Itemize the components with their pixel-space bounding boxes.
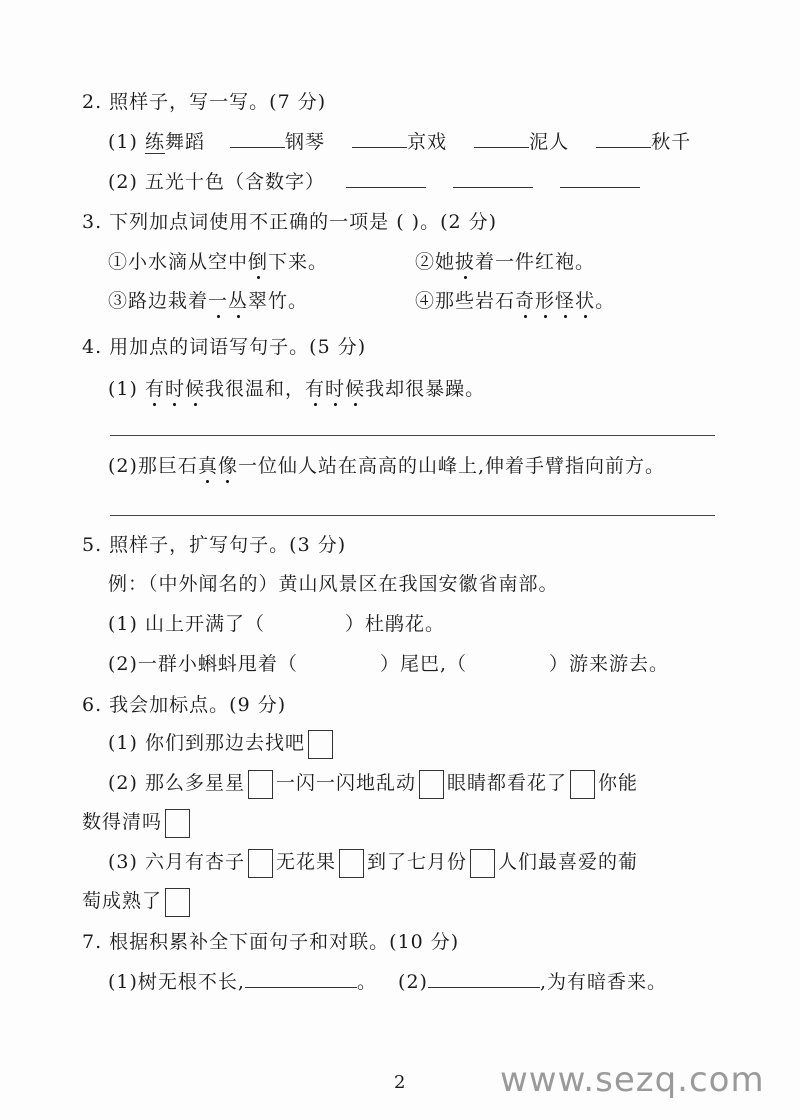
q6-sentence-2: (2) 那么多星星一闪一闪地乱动眼睛都看花了你能 [108, 769, 638, 799]
q2-part2: (2) 五光十色（含数字） [108, 168, 640, 196]
q5-title: 5. 照样子，扩写句子。(3 分) [82, 531, 346, 559]
q3-option-3: ③路边栽着一丛翠竹。 [108, 287, 308, 315]
dotted-word: 有时候 [145, 378, 205, 400]
answer-blank[interactable] [346, 169, 426, 188]
answer-blank[interactable] [428, 969, 540, 988]
q4-s1-label: (1) [108, 378, 138, 400]
sentence-text: 我却很暴躁。 [365, 378, 485, 400]
option-text: 。 [595, 290, 615, 312]
sentence-text: 无花果 [276, 851, 336, 873]
q2-part1: (1) 练舞蹈 钢琴 京戏 泥人 秋千 [108, 128, 691, 156]
q2-part2-label: (2) [108, 171, 138, 193]
dotted-word: 倒 [248, 251, 268, 273]
sentence-text: 到了七月份 [367, 851, 467, 873]
q4-s2-label: (2) [108, 455, 138, 477]
q6-title: 6. 我会加标点。(9 分) [82, 691, 286, 719]
answer-blank[interactable] [453, 169, 533, 188]
q7-s1-label: (1) [108, 971, 138, 993]
q4-sentence-2: (2)那巨石真像一位仙人站在高高的山峰上,伸着手臂指向前方。 [108, 452, 665, 480]
sentence-text: ）杜鹃花。 [345, 613, 445, 635]
q7-sentences: (1)树无根不长,。 (2),为有暗香来。 [108, 968, 667, 996]
dotted-word: 奇形怪状 [515, 290, 595, 312]
sentence-text: 你能 [598, 772, 638, 794]
dotted-word: 有时候 [305, 378, 365, 400]
q2-item: 泥人 [529, 131, 569, 153]
sentence-text: 一群小蝌蚪甩着（ [138, 653, 298, 675]
sentence-text: ,为有暗香来。 [540, 971, 667, 993]
sentence-text: 六月有杏子 [145, 851, 245, 873]
sentence-text: ）尾巴,（ [380, 653, 467, 675]
q2-example-underlined: 练 [145, 131, 165, 154]
q6-s3-label: (3) [108, 851, 138, 873]
sentence-text: 数得清吗 [82, 811, 162, 833]
sentence-text: ）游来游去。 [549, 653, 669, 675]
dotted-word: 披 [455, 251, 475, 273]
answer-blank[interactable] [560, 169, 640, 188]
q5-s2-label: (2) [108, 653, 138, 675]
q7-title: 7. 根据积累补全下面句子和对联。(10 分) [82, 928, 459, 956]
q2-part1-label: (1) [108, 131, 138, 153]
sentence-text: 一闪一闪地乱动 [276, 772, 416, 794]
punctuation-box[interactable] [248, 849, 273, 878]
q5-sentence-1: (1) 山上开满了（）杜鹃花。 [108, 610, 445, 638]
sentence-text: 你们到那边去找吧 [145, 732, 305, 754]
option-text: ③路边栽着 [108, 290, 208, 312]
q6-sentence-2-cont: 数得清吗 [82, 808, 193, 838]
q2-part2-text: 五光十色（含数字） [145, 171, 325, 193]
sentence-text: 萄成熟了 [82, 890, 162, 912]
q3-option-2: ②她披着一件红袍。 [415, 248, 595, 276]
q4-sentence-1: (1) 有时候我很温和，有时候我却很暴躁。 [108, 375, 485, 403]
q3-option-1: ①小水滴从空中倒下来。 [108, 248, 328, 276]
q6-s1-label: (1) [108, 732, 138, 754]
option-text: ①小水滴从空中 [108, 251, 248, 273]
page-number: 2 [394, 1072, 405, 1093]
sentence-text: 。 [357, 971, 377, 993]
q3-option-4: ④那些岩石奇形怪状。 [415, 287, 615, 315]
q2-item: 钢琴 [285, 131, 325, 153]
sentence-text: 我很温和， [205, 378, 305, 400]
sentence-text: 树无根不长, [138, 971, 245, 993]
q6-sentence-1: (1) 你们到那边去找吧 [108, 729, 336, 759]
sentence-text: 人们最喜爱的葡 [498, 851, 638, 873]
q5-s1-label: (1) [108, 613, 138, 635]
q2-item: 秋千 [651, 131, 691, 153]
answer-blank[interactable] [245, 969, 357, 988]
sentence-text: 那么多星星 [145, 772, 245, 794]
sentence-text: 那巨石 [138, 455, 198, 477]
answer-line[interactable] [110, 515, 715, 516]
option-text: 翠竹。 [248, 290, 308, 312]
q6-sentence-3: (3) 六月有杏子无花果到了七月份人们最喜爱的葡 [108, 848, 638, 878]
answer-blank[interactable] [596, 129, 651, 148]
dotted-word: 一丛 [208, 290, 248, 312]
punctuation-box[interactable] [470, 849, 495, 878]
q4-title: 4. 用加点的词语写句子。(5 分) [82, 333, 366, 361]
answer-blank[interactable] [474, 129, 529, 148]
q2-title: 2. 照样子，写一写。(7 分) [82, 88, 326, 116]
sentence-text: 一位仙人站在高高的山峰上,伸着手臂指向前方。 [238, 455, 665, 477]
sentence-text: 山上开满了（ [145, 613, 265, 635]
q3-title: 3. 下列加点词使用不正确的一项是 ( )。(2 分) [82, 208, 497, 236]
punctuation-box[interactable] [570, 770, 595, 799]
dotted-word: 真像 [198, 455, 238, 477]
q2-item: 京戏 [407, 131, 447, 153]
option-text: ②她 [415, 251, 455, 273]
option-text: 下来。 [268, 251, 328, 273]
answer-blank[interactable] [352, 129, 407, 148]
q5-example: 例：（中外闻名的）黄山风景区在我国安徽省南部。 [108, 570, 559, 598]
q7-s2-label: (2) [398, 971, 428, 993]
punctuation-box[interactable] [308, 730, 333, 759]
punctuation-box[interactable] [339, 849, 364, 878]
punctuation-box[interactable] [165, 888, 190, 917]
answer-line[interactable] [110, 435, 715, 436]
q6-sentence-3-cont: 萄成熟了 [82, 887, 193, 917]
option-text: ④那些岩石 [415, 290, 515, 312]
punctuation-box[interactable] [419, 770, 444, 799]
punctuation-box[interactable] [165, 809, 190, 838]
punctuation-box[interactable] [248, 770, 273, 799]
option-text: 着一件红袍。 [475, 251, 595, 273]
q6-s2-label: (2) [108, 772, 138, 794]
q5-sentence-2: (2)一群小蝌蚪甩着（）尾巴,（）游来游去。 [108, 650, 669, 678]
watermark: www.sezq.com [500, 1060, 765, 1100]
answer-blank[interactable] [230, 129, 285, 148]
sentence-text: 眼睛都看花了 [447, 772, 567, 794]
q2-example-rest: 舞蹈 [165, 131, 205, 153]
